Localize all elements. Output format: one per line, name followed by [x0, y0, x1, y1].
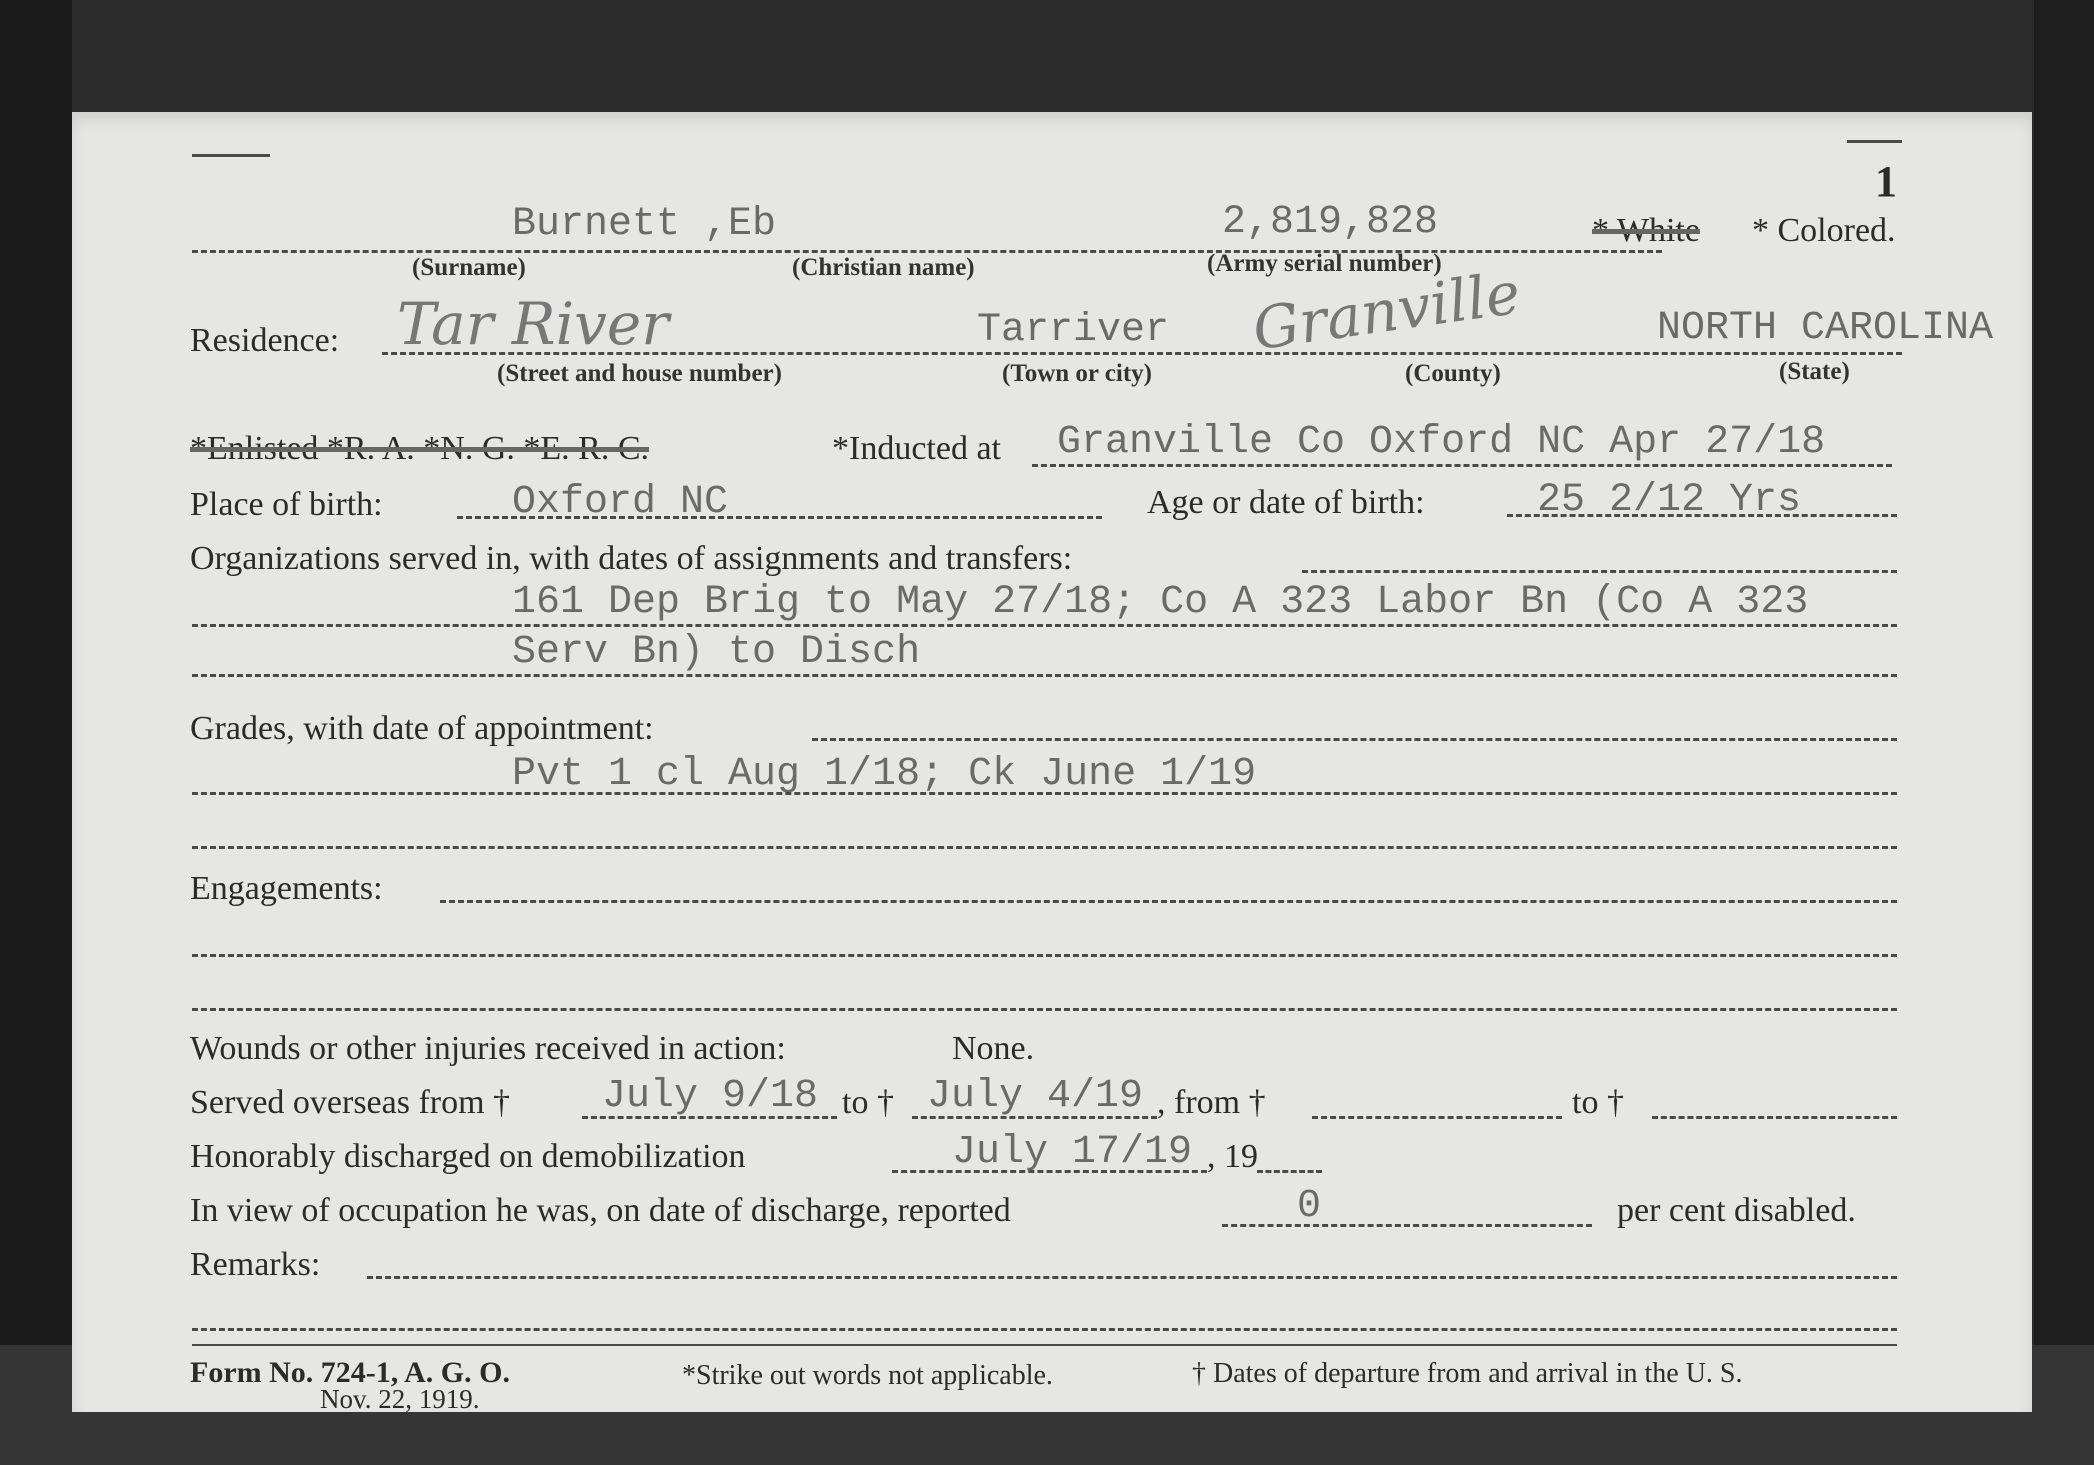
service-type-struck: *Enlisted *R. A. *N. G. *E. R. C. [190, 430, 649, 468]
wounds-label: Wounds or other injuries received in act… [190, 1030, 786, 1068]
age-label: Age or date of birth: [1147, 484, 1425, 522]
inducted-label: *Inducted at [832, 430, 1001, 468]
overseas-to2-label: to † [1572, 1084, 1624, 1122]
remarks-rule-2 [192, 1328, 1897, 1331]
disability-label: In view of occupation he was, on date of… [190, 1192, 1011, 1230]
engagements-rule-3 [192, 1008, 1897, 1011]
residence-line [382, 352, 1902, 355]
place-of-birth-line [457, 516, 1102, 519]
overseas-to2-line [1652, 1116, 1897, 1119]
organizations-rule-1 [192, 624, 1897, 627]
service-record-card: 1 Burnett ,Eb 2,819,828 * White * Colore… [72, 112, 2032, 1412]
inducted-value: Granville Co Oxford NC Apr 27/18 [1057, 420, 1825, 465]
dagger-note: † Dates of departure from and arrival in… [1192, 1358, 1742, 1390]
grades-value: Pvt 1 cl Aug 1/18; Ck June 1/19 [512, 752, 1256, 797]
county-label: (County) [1405, 360, 1501, 388]
inducted-line [1032, 464, 1892, 467]
name-value: Burnett ,Eb [512, 202, 776, 247]
discharge-year-label: , 19 [1207, 1138, 1258, 1176]
organizations-label: Organizations served in, with dates of a… [190, 540, 1072, 578]
overseas-to-line [912, 1116, 1157, 1119]
overseas-from2-line [1312, 1116, 1562, 1119]
serial-value: 2,819,828 [1222, 200, 1438, 245]
disability-value: 0 [1297, 1184, 1321, 1229]
engagements-rule-2 [192, 954, 1897, 957]
overseas-from-value: July 9/18 [602, 1074, 818, 1119]
discharge-label: Honorably discharged on demobilization [190, 1138, 746, 1176]
organizations-line-2: Serv Bn) to Disch [512, 630, 920, 675]
remarks-label: Remarks: [190, 1246, 320, 1284]
remarks-rule-1 [367, 1276, 1897, 1279]
overseas-to-value: July 4/19 [927, 1074, 1143, 1119]
discharge-value: July 17/19 [952, 1130, 1192, 1175]
disability-line [1222, 1224, 1592, 1227]
engagements-label: Engagements: [190, 870, 383, 908]
top-right-rule [1847, 140, 1902, 143]
top-left-rule [192, 154, 270, 157]
overseas-from-line [582, 1116, 837, 1119]
state-label: (State) [1779, 358, 1850, 386]
form-date: Nov. 22, 1919. [320, 1384, 480, 1415]
organizations-line-1: 161 Dep Brig to May 27/18; Co A 323 Labo… [512, 580, 1808, 625]
discharge-line [892, 1170, 1207, 1173]
overseas-label: Served overseas from † [190, 1084, 510, 1122]
discharge-year-line [1257, 1170, 1322, 1173]
grades-label: Grades, with date of appointment: [190, 710, 654, 748]
disability-suffix: per cent disabled. [1617, 1192, 1856, 1230]
residence-label: Residence: [190, 322, 339, 360]
grades-rule-2 [192, 846, 1897, 849]
grades-rule-1 [192, 792, 1897, 795]
town-label: (Town or city) [1002, 360, 1152, 388]
age-line [1507, 514, 1897, 517]
organizations-label-line [1302, 570, 1897, 573]
race-white-struck: * White [1592, 212, 1700, 250]
overseas-to-label: to † [842, 1084, 894, 1122]
background-right [2034, 0, 2094, 1465]
grades-label-line [812, 738, 1897, 741]
background-left [0, 0, 72, 1465]
organizations-rule-2 [192, 674, 1897, 677]
surname-label: (Surname) [412, 254, 526, 282]
place-of-birth-label: Place of birth: [190, 486, 383, 524]
residence-state-value: NORTH CAROLINA [1657, 306, 1993, 351]
strike-note: *Strike out words not applicable. [682, 1360, 1053, 1392]
overseas-from2-label: , from † [1157, 1084, 1266, 1122]
footer-rule [192, 1344, 1897, 1346]
residence-street-handwritten: Tar River [397, 290, 669, 358]
residence-town-value: Tarriver [977, 308, 1169, 353]
engagements-rule-1 [440, 900, 1897, 903]
race-colored: * Colored. [1752, 212, 1896, 250]
wounds-value: None. [952, 1030, 1034, 1068]
christian-name-label: (Christian name) [792, 254, 975, 282]
page-number: 1 [1875, 156, 1897, 207]
street-label: (Street and house number) [497, 360, 782, 388]
